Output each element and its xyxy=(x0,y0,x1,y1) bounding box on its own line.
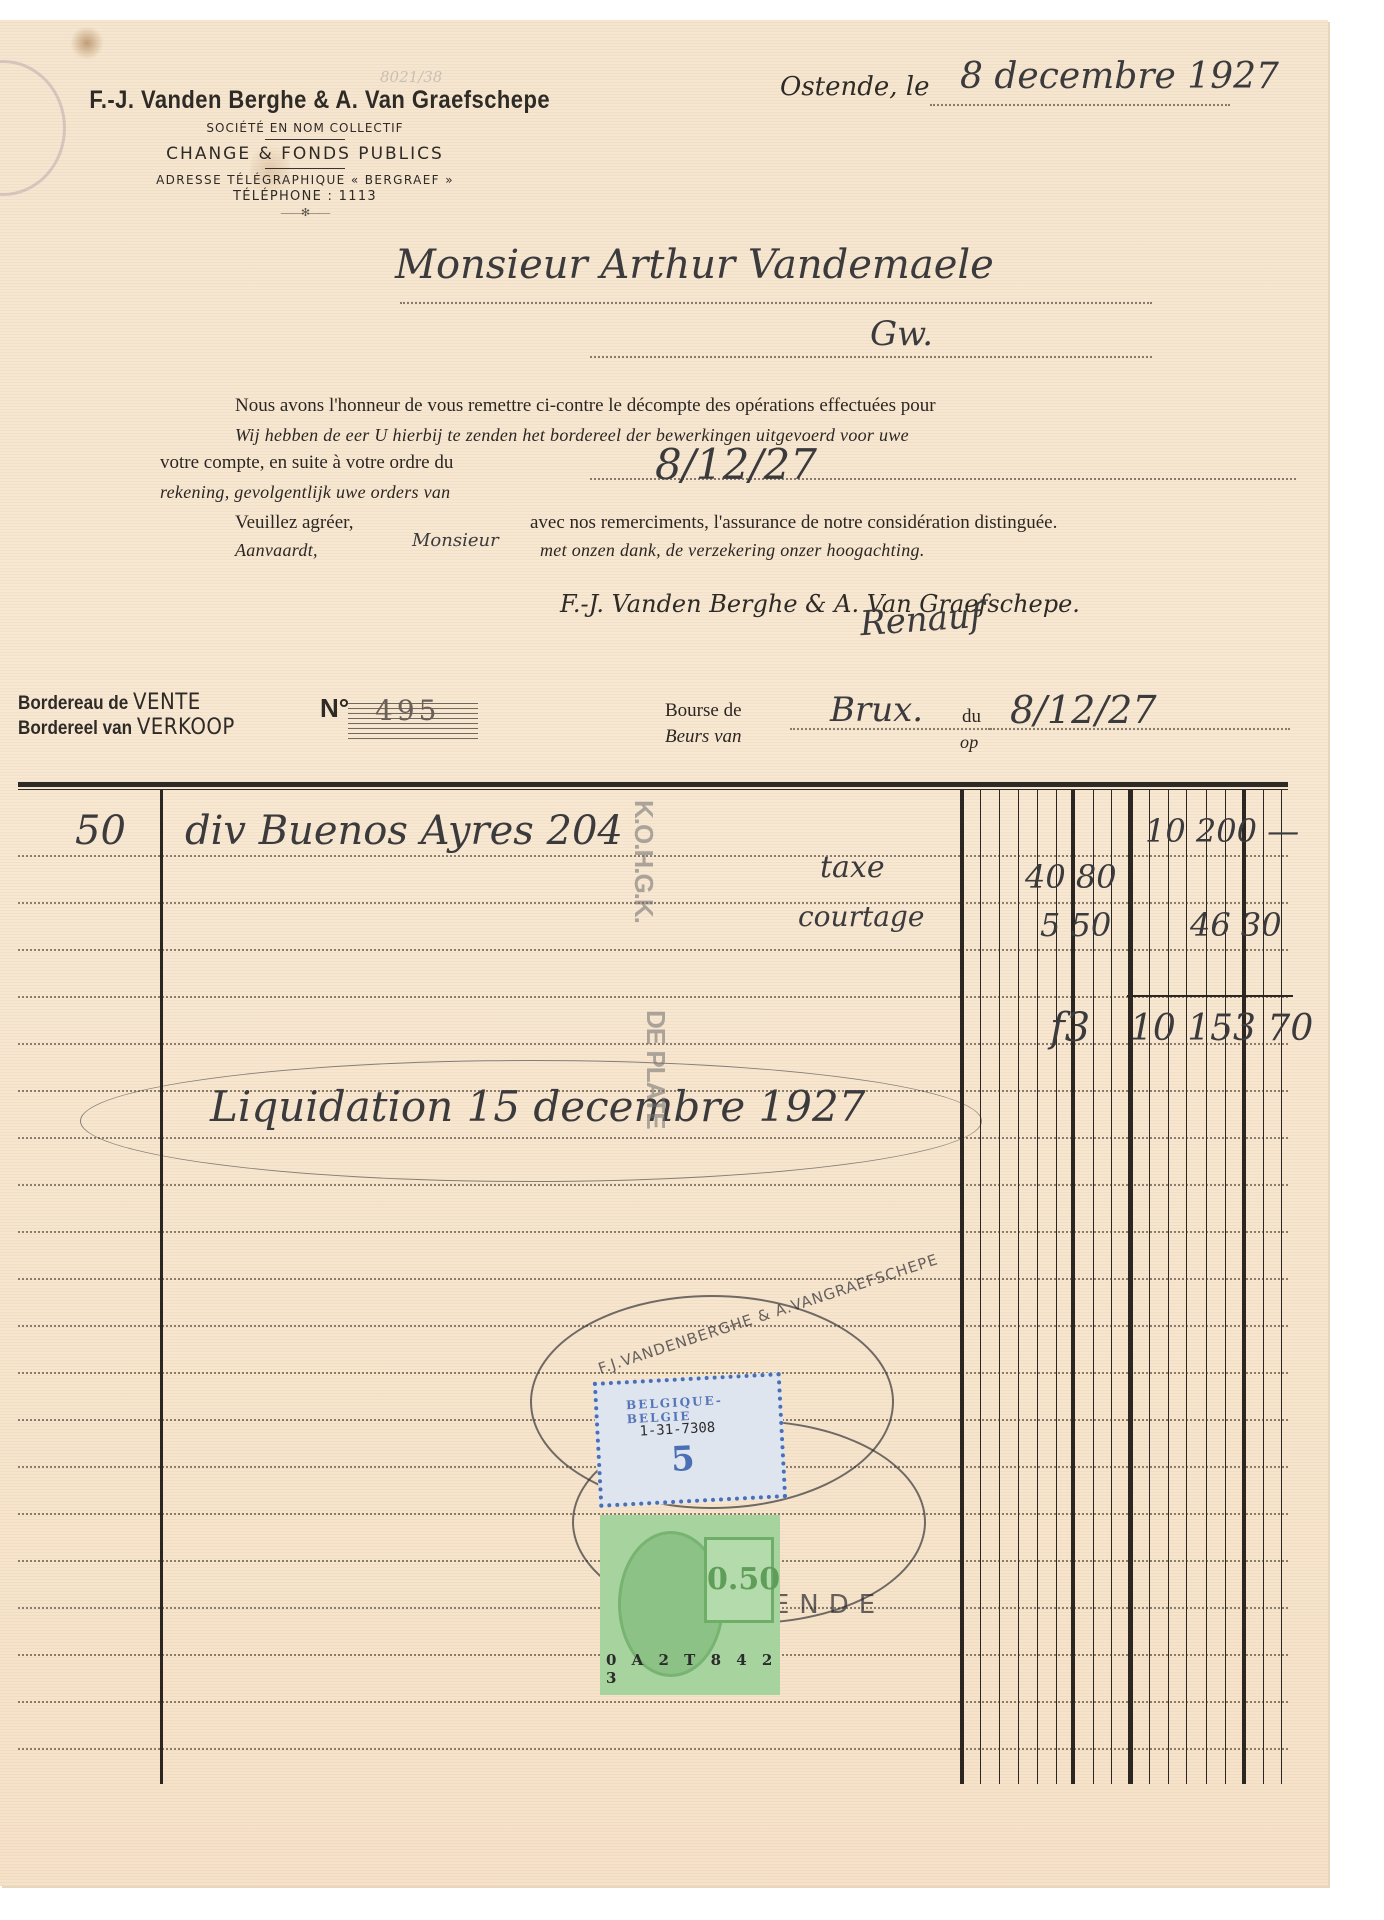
business-line: CHANGE & FONDS PUBLICS xyxy=(60,144,550,164)
revenue-stamp-green: 0.50 0 A 2 T 8 4 2 3 xyxy=(600,1515,780,1695)
column-rule xyxy=(1186,790,1187,1784)
firm-name: F.-J. Vanden Berghe & A. Van Graefschepe xyxy=(89,86,520,115)
table-top-rule-thin xyxy=(18,789,1288,790)
bordereau-label: Bordereau de VENTE Bordereel van VERKOOP xyxy=(18,690,235,740)
column-rule xyxy=(1037,790,1038,1784)
ruled-line xyxy=(18,1701,1288,1703)
table-top-rule xyxy=(18,782,1288,787)
number-label: N° xyxy=(320,693,349,724)
handwritten-date: 8 decembre 1927 xyxy=(960,56,1279,97)
ruled-line xyxy=(18,1748,1288,1750)
dotted-rule xyxy=(400,302,1152,304)
column-rule xyxy=(1149,790,1150,1784)
ruled-line xyxy=(18,1184,1288,1186)
column-rule xyxy=(1168,790,1169,1784)
column-rule xyxy=(1018,790,1019,1784)
du-fr-label: du xyxy=(962,706,981,728)
body-fr-line2: votre compte, en suite à votre ordre du xyxy=(160,452,453,474)
bourse-nl-label: Beurs van xyxy=(665,724,742,750)
printed-signature: F.-J. Vanden Berghe & A. Van Graefschepe… xyxy=(560,590,1080,618)
bourse-block: Bourse de Beurs van xyxy=(665,698,742,750)
handwritten-bourse-date: 8/12/27 xyxy=(1010,688,1157,732)
ruled-line xyxy=(18,949,1288,951)
ruled-line xyxy=(18,996,1288,998)
column-rule xyxy=(960,790,964,1784)
revenue-stamp-blue: BELGIQUE-BELGIE 1-31-7308 5 xyxy=(593,1372,787,1508)
body-fr-line1: Nous avons l'honneur de vous remettre ci… xyxy=(235,395,936,417)
column-rule xyxy=(1128,790,1133,1784)
row-mark: f3 xyxy=(1050,1005,1090,1051)
body-fr-line3-start: Veuillez agréer, xyxy=(235,512,353,534)
dotted-rule xyxy=(930,104,1230,106)
bordereau-fr-type: VENTE xyxy=(133,690,201,715)
letterhead: F.-J. Vanden Berghe & A. Van Graefschepe… xyxy=(60,86,550,219)
watermark: DE PLATE xyxy=(640,1010,671,1129)
bordereau-nl-type: VERKOOP xyxy=(137,715,235,740)
row-amount: 46 30 xyxy=(1190,906,1282,944)
body-nl-line2: rekening, gevolgentlijk uwe orders van xyxy=(160,482,451,503)
divider xyxy=(265,139,345,140)
row-sub-amount: 40 80 xyxy=(1025,858,1117,896)
row-total: 10 153 70 xyxy=(1130,1008,1313,1049)
pen-flourish xyxy=(80,1060,982,1182)
row-sub-amount: 5 50 xyxy=(1040,906,1111,944)
handwritten-bourse: Brux. xyxy=(830,690,923,730)
du-nl-label: op xyxy=(960,732,979,753)
stamp-serial: 0 A 2 T 8 4 2 3 xyxy=(606,1651,780,1687)
handwritten-salutation: Monsieur xyxy=(412,530,499,551)
addressee-name: Monsieur Arthur Vandemaele xyxy=(395,242,994,288)
column-rule xyxy=(980,790,981,1784)
row-sub-label: taxe xyxy=(820,850,885,885)
total-rule xyxy=(1127,995,1293,997)
ornament-divider: ——✻—— xyxy=(60,206,550,219)
row-qty: 50 xyxy=(75,808,126,854)
divider xyxy=(265,168,345,169)
ruled-line xyxy=(18,1278,1288,1280)
ruled-line xyxy=(18,1231,1288,1233)
addressee-location: Gw. xyxy=(870,314,933,354)
number-symbol: N° xyxy=(320,693,349,723)
watermark: K.O.H.G.K. xyxy=(628,800,659,923)
body-nl-line3-start: Aanvaardt, xyxy=(235,540,318,561)
date-label: Ostende, le xyxy=(780,72,930,102)
dotted-rule xyxy=(590,356,1152,358)
stamp-value: 0.50 xyxy=(704,1537,774,1623)
stamp-cancel-mark: 1-31-7308 xyxy=(639,1420,716,1440)
row-amount: 10 200 — xyxy=(1145,812,1299,850)
telephone: TÉLÉPHONE : 1113 xyxy=(60,189,550,204)
handwritten-order-date: 8/12/27 xyxy=(655,440,817,489)
column-rule xyxy=(999,790,1000,1784)
stain-mark xyxy=(70,26,104,60)
faint-circular-stamp xyxy=(0,60,66,196)
telegraphic-address: ADRESSE TÉLÉGRAPHIQUE « BERGRAEF » xyxy=(60,173,550,187)
faint-pencil-note: 8021/38 xyxy=(380,68,442,86)
column-rule xyxy=(160,790,163,1784)
bordereau-nl-label: Bordereel van xyxy=(18,718,132,739)
bordereau-number: 495 xyxy=(375,694,440,727)
company-type: SOCIÉTÉ EN NOM COLLECTIF xyxy=(60,121,550,135)
row-sub-label: courtage xyxy=(798,900,924,933)
stamp-value: 5 xyxy=(670,1439,696,1480)
body-fr-line3-end: avec nos remerciments, l'assurance de no… xyxy=(530,512,1057,534)
body-nl-line3-end: met onzen dank, de verzekering onzer hoo… xyxy=(540,540,925,561)
bourse-fr-label: Bourse de xyxy=(665,698,742,724)
row-description: div Buenos Ayres 204 xyxy=(185,808,623,854)
bordereau-fr-label: Bordereau de xyxy=(18,693,128,714)
handwritten-signature: Renauf xyxy=(859,596,984,644)
